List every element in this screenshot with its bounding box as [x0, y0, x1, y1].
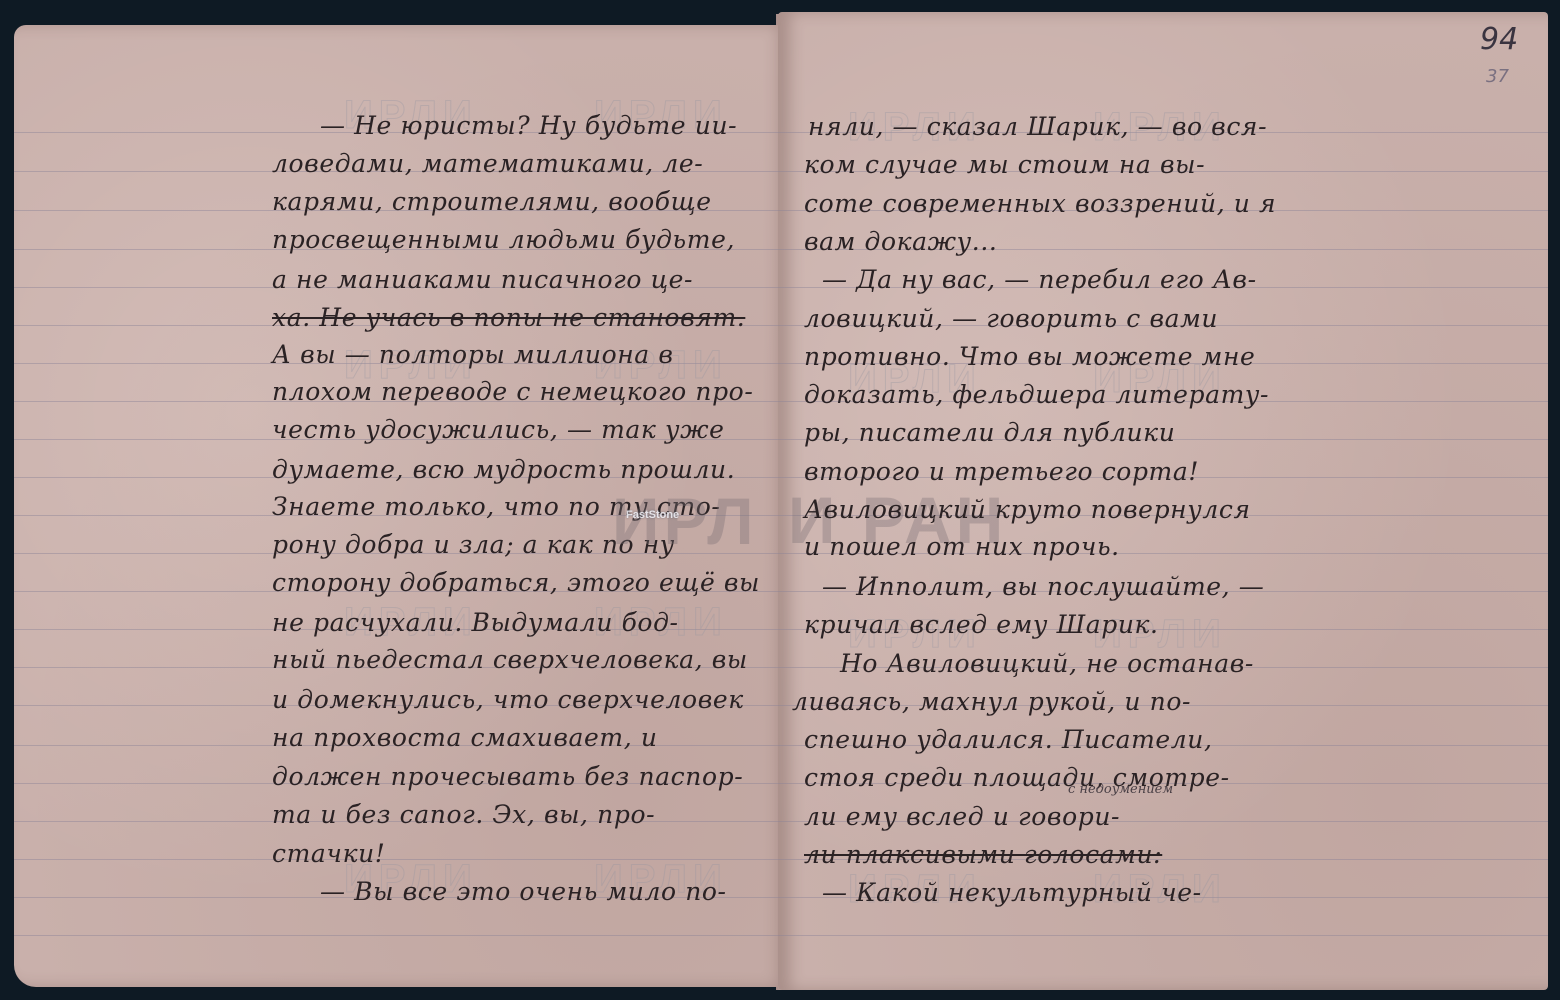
manuscript-line: ный пьедестал сверхчеловека, вы	[272, 645, 748, 674]
manuscript-line: та и без сапог. Эх, вы, про-	[272, 800, 655, 829]
manuscript-line: думаете, всю мудрость прошли.	[272, 455, 735, 484]
folio-number: 94	[1480, 22, 1518, 57]
rule-line	[14, 935, 788, 936]
manuscript-line: просвещенными людьми будьте,	[272, 225, 735, 254]
manuscript-line: на прохвоста смахивает, и	[272, 723, 658, 752]
rule-line	[14, 859, 788, 860]
manuscript-line: А вы — полторы миллиона в	[272, 340, 674, 369]
manuscript-line: а не маниаками писачного це-	[272, 265, 693, 294]
manuscript-line: и пошел от них прочь.	[804, 532, 1120, 561]
watermark-faststone: FastStone	[626, 509, 679, 521]
manuscript-line: спешно удалился. Писатели,	[804, 725, 1213, 754]
manuscript-line: не расчухали. Выдумали бод-	[272, 608, 679, 637]
manuscript-line: противно. Что вы можете мне	[804, 342, 1255, 371]
manuscript-line: доказать, фельдшера литерату-	[804, 380, 1269, 409]
right-page: 94 37 ИРЛИ ИРЛИ ИРЛИ ИРЛИ ИРЛИ ИРЛИ ИРЛИ…	[778, 12, 1548, 990]
rule-line	[778, 935, 1548, 936]
folio-secondary-number: 37	[1486, 66, 1509, 87]
left-page: ИРЛИ ИРЛИ ИРЛИ ИРЛИ ИРЛИ ИРЛИ ИРЛИ ИРЛИ …	[14, 25, 788, 987]
manuscript-line: и домекнулись, что сверхчеловек	[272, 685, 744, 714]
manuscript-insertion: с недоумением	[1068, 782, 1173, 797]
manuscript-line: ком случае мы стоим на вы-	[804, 150, 1205, 179]
manuscript-line: — Да ну вас, — перебил его Ав-	[822, 265, 1257, 294]
manuscript-line: стачки!	[272, 839, 385, 868]
manuscript-line: сторону добраться, этого ещё вы	[272, 568, 760, 597]
manuscript-line: Авиловицкий круто повернулся	[804, 495, 1251, 524]
manuscript-line: плохом переводе с немецкого про-	[272, 377, 753, 406]
manuscript-line-struck: ха. Не учась в попы не становят.	[272, 303, 745, 332]
manuscript-line: няли, — сказал Шарик, — во вся-	[808, 112, 1267, 141]
manuscript-line: честь удосужились, — так уже	[272, 415, 725, 444]
manuscript-line: соте современных воззрений, и я	[804, 189, 1276, 218]
manuscript-line: ры, писатели для публики	[804, 418, 1175, 447]
manuscript-line: — Ипполит, вы послушайте, —	[822, 572, 1264, 601]
manuscript-line: — Вы все это очень мило по-	[320, 877, 727, 906]
manuscript-line-struck: ли плаксивыми голосами:	[804, 840, 1162, 869]
manuscript-line: должен прочесывать без паспор-	[272, 762, 743, 791]
manuscript-line: ловицкий, — говорить с вами	[804, 304, 1218, 333]
manuscript-line: ли ему вслед и говори-	[804, 802, 1120, 831]
manuscript-line: ливаясь, махнул рукой, и по-	[792, 687, 1191, 716]
manuscript-line: ловедами, математиками, ле-	[272, 149, 703, 178]
manuscript-line: второго и третьего сорта!	[804, 457, 1199, 486]
manuscript-line: Но Авиловицкий, не останав-	[840, 649, 1254, 678]
manuscript-line: кричал вслед ему Шарик.	[804, 610, 1159, 639]
manuscript-line: вам докажу...	[804, 227, 997, 256]
manuscript-line: — Какой некультурный че-	[822, 878, 1202, 907]
manuscript-line: — Не юристы? Ну будьте ии-	[320, 111, 737, 140]
manuscript-line: рону добра и зла; а как по ну	[272, 530, 675, 559]
manuscript-line: карями, строителями, вообще	[272, 187, 712, 216]
